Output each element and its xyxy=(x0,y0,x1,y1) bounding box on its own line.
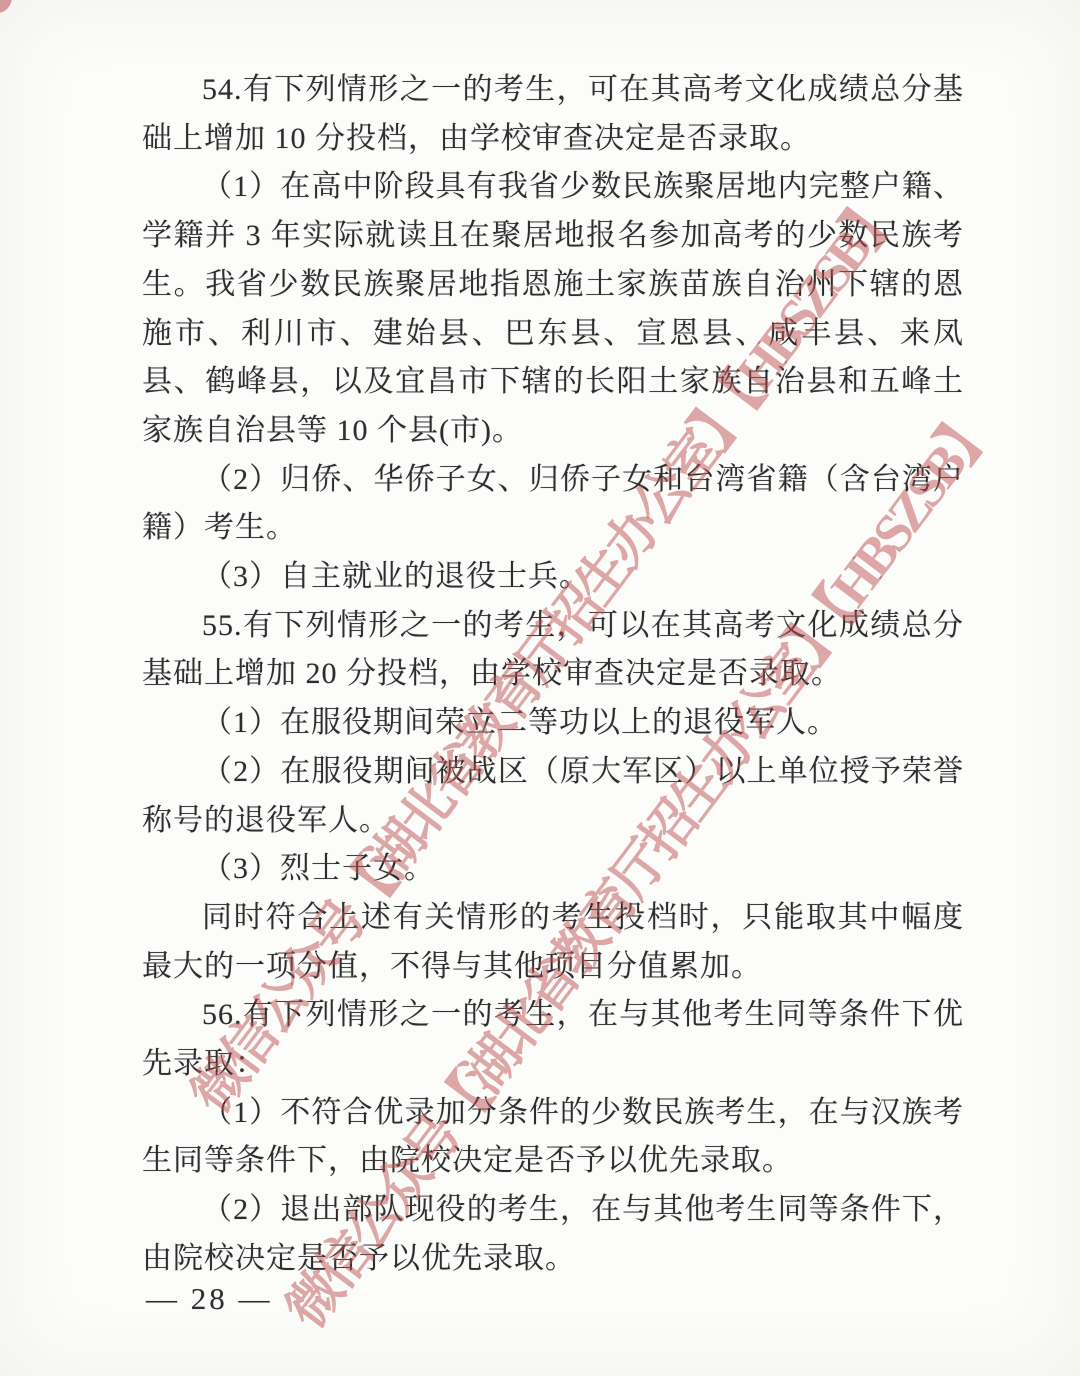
paragraph-55-item-2: （2）在服役期间被战区（原大军区）以上单位授予荣誉称号的退役军人。 xyxy=(142,748,964,845)
paragraph-54-item-2: （2）归侨、华侨子女、归侨子女和台湾省籍（含台湾户籍）考生。 xyxy=(142,456,964,553)
paragraph-55: 55.有下列情形之一的考生，可以在其高考文化成绩总分基础上增加 20 分投档，由… xyxy=(142,602,964,699)
paragraph-56: 56.有下列情形之一的考生，在与其他考生同等条件下优先录取： xyxy=(142,991,964,1088)
watermark-corner-speck xyxy=(0,0,12,13)
paragraph-54-item-3: （3）自主就业的退役士兵。 xyxy=(142,553,964,602)
paragraph-55-item-1: （1）在服役期间荣立二等功以上的退役军人。 xyxy=(142,699,964,748)
paragraph-55-item-3: （3）烈士子女。 xyxy=(142,845,964,894)
paragraph-54: 54.有下列情形之一的考生，可在其高考文化成绩总分基础上增加 10 分投档，由学… xyxy=(142,66,964,163)
document-page: 54.有下列情形之一的考生，可在其高考文化成绩总分基础上增加 10 分投档，由学… xyxy=(0,0,1080,1376)
paragraph-56-item-2: （2）退出部队现役的考生，在与其他考生同等条件下，由院校决定是否予以优先录取。 xyxy=(142,1186,964,1283)
document-body: 54.有下列情形之一的考生，可在其高考文化成绩总分基础上增加 10 分投档，由学… xyxy=(142,66,964,1284)
paragraph-56-item-1: （1）不符合优录加分条件的少数民族考生，在与汉族考生同等条件下，由院校决定是否予… xyxy=(142,1089,964,1186)
paragraph-note: 同时符合上述有关情形的考生投档时，只能取其中幅度最大的一项分值，不得与其他项目分… xyxy=(142,894,964,991)
page-number: — 28 — xyxy=(146,1281,273,1317)
paragraph-54-item-1: （1）在高中阶段具有我省少数民族聚居地内完整户籍、学籍并 3 年实际就读且在聚居… xyxy=(142,163,964,455)
